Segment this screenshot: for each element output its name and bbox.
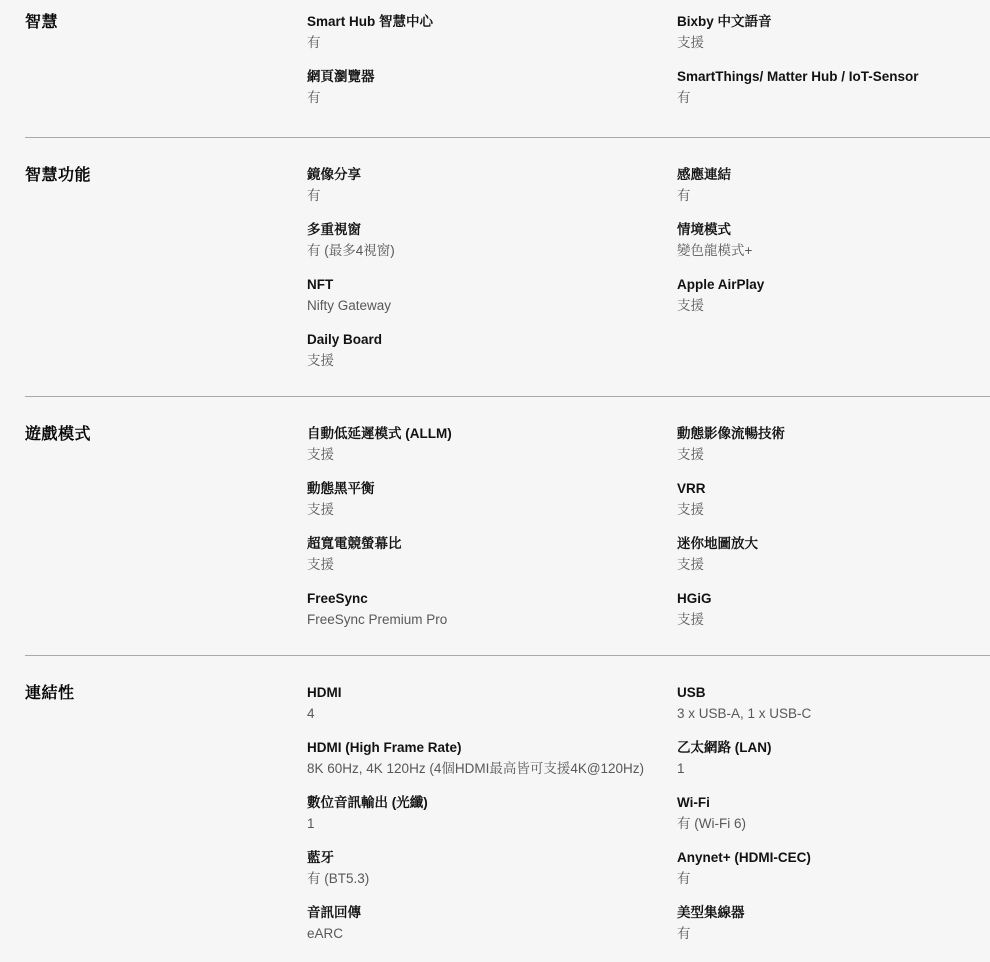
section-title: 智慧功能 (25, 166, 307, 185)
spec-item: 動態黑平衡支援 (307, 480, 677, 519)
spec-col2: USB3 x USB-A, 1 x USB-C乙太網路 (LAN)1Wi-Fi有… (677, 684, 990, 943)
spec-item-label: VRR (677, 480, 990, 498)
spec-item-value: 3 x USB-A, 1 x USB-C (677, 705, 990, 723)
spec-item-value: 支援 (677, 501, 990, 519)
spec-item-label: 自動低延遲模式 (ALLM) (307, 425, 677, 443)
spec-item: HDMI (High Frame Rate)8K 60Hz, 4K 120Hz … (307, 739, 677, 778)
spec-item-value: FreeSync Premium Pro (307, 611, 677, 629)
spec-col1: 鏡像分享有多重視窗有 (最多4視窗)NFTNifty GatewayDaily … (307, 166, 677, 370)
spec-item-label: Wi-Fi (677, 794, 990, 812)
spec-item: 迷你地圖放大支援 (677, 535, 990, 574)
spec-item: 超寬電競螢幕比支援 (307, 535, 677, 574)
spec-item-label: 動態黑平衡 (307, 480, 677, 498)
spec-item: 數位音訊輸出 (光纖)1 (307, 794, 677, 833)
spec-item: 自動低延遲模式 (ALLM)支援 (307, 425, 677, 464)
spec-item-value: 有 (最多4視窗) (307, 242, 677, 260)
section-title: 連結性 (25, 684, 307, 703)
spec-section-1: 智慧功能鏡像分享有多重視窗有 (最多4視窗)NFTNifty GatewayDa… (25, 138, 990, 397)
spec-item-label: HDMI (High Frame Rate) (307, 739, 677, 757)
spec-item: VRR支援 (677, 480, 990, 519)
spec-section-0: 智慧Smart Hub 智慧中心有網頁瀏覽器有Bixby 中文語音支援Smart… (25, 0, 990, 138)
spec-item-label: 網頁瀏覽器 (307, 68, 677, 86)
spec-item-value: 支援 (307, 556, 677, 574)
spec-col2: Bixby 中文語音支援SmartThings/ Matter Hub / Io… (677, 13, 990, 107)
section-title: 智慧 (25, 13, 307, 32)
spec-item-label: NFT (307, 276, 677, 294)
spec-columns: HDMI4HDMI (High Frame Rate)8K 60Hz, 4K 1… (307, 684, 990, 943)
spec-item-value: 有 (677, 187, 990, 205)
spec-item: FreeSyncFreeSync Premium Pro (307, 590, 677, 629)
spec-item-label: Smart Hub 智慧中心 (307, 13, 677, 31)
spec-item-label: Apple AirPlay (677, 276, 990, 294)
spec-columns: Smart Hub 智慧中心有網頁瀏覽器有Bixby 中文語音支援SmartTh… (307, 13, 990, 107)
spec-item: HGiG支援 (677, 590, 990, 629)
spec-col2: 感應連結有情境模式變色龍模式+Apple AirPlay支援 (677, 166, 990, 315)
spec-item-value: 支援 (677, 446, 990, 464)
spec-item-label: 音訊回傳 (307, 904, 677, 922)
spec-item-value: 有 (307, 89, 677, 107)
spec-item-value: 有 (Wi-Fi 6) (677, 815, 990, 833)
spec-item-label: 美型集線器 (677, 904, 990, 922)
spec-item: Apple AirPlay支援 (677, 276, 990, 315)
spec-item-value: 支援 (677, 297, 990, 315)
spec-item: 音訊回傳eARC (307, 904, 677, 943)
spec-item-label: 情境模式 (677, 221, 990, 239)
spec-item-value: 有 (BT5.3) (307, 870, 677, 888)
spec-item-value: 有 (677, 870, 990, 888)
spec-col1: Smart Hub 智慧中心有網頁瀏覽器有 (307, 13, 677, 107)
spec-item-value: 支援 (677, 556, 990, 574)
spec-item-value: 8K 60Hz, 4K 120Hz (4個HDMI最高皆可支援4K@120Hz) (307, 760, 677, 778)
spec-item: Bixby 中文語音支援 (677, 13, 990, 52)
spec-item: 動態影像流暢技術支援 (677, 425, 990, 464)
spec-item-value: Nifty Gateway (307, 297, 677, 315)
spec-item: 網頁瀏覽器有 (307, 68, 677, 107)
spec-item-value: 4 (307, 705, 677, 723)
spec-item-label: 藍牙 (307, 849, 677, 867)
spec-item-label: SmartThings/ Matter Hub / IoT-Sensor (677, 68, 990, 86)
spec-item-label: Bixby 中文語音 (677, 13, 990, 31)
spec-item-label: 乙太網路 (LAN) (677, 739, 990, 757)
spec-item-label: HGiG (677, 590, 990, 608)
spec-item-value: 有 (307, 187, 677, 205)
spec-item-value: 支援 (677, 34, 990, 52)
spec-item-label: 數位音訊輸出 (光纖) (307, 794, 677, 812)
spec-item-label: Anynet+ (HDMI-CEC) (677, 849, 990, 867)
spec-item: 藍牙有 (BT5.3) (307, 849, 677, 888)
spec-item-value: 1 (677, 760, 990, 778)
spec-item-value: 支援 (307, 446, 677, 464)
spec-item: Smart Hub 智慧中心有 (307, 13, 677, 52)
spec-item: NFTNifty Gateway (307, 276, 677, 315)
spec-item-value: 支援 (677, 611, 990, 629)
spec-item-value: 支援 (307, 352, 677, 370)
spec-item-label: 動態影像流暢技術 (677, 425, 990, 443)
spec-item-value: eARC (307, 925, 677, 943)
spec-item-label: 多重視窗 (307, 221, 677, 239)
spec-item-label: HDMI (307, 684, 677, 702)
spec-item: 情境模式變色龍模式+ (677, 221, 990, 260)
spec-item-label: 超寬電競螢幕比 (307, 535, 677, 553)
spec-item-value: 變色龍模式+ (677, 242, 990, 260)
spec-columns: 自動低延遲模式 (ALLM)支援動態黑平衡支援超寬電競螢幕比支援FreeSync… (307, 425, 990, 629)
spec-item: 美型集線器有 (677, 904, 990, 943)
spec-item: HDMI4 (307, 684, 677, 723)
spec-item-label: Daily Board (307, 331, 677, 349)
spec-item-value: 有 (677, 925, 990, 943)
spec-item-label: 鏡像分享 (307, 166, 677, 184)
spec-item: SmartThings/ Matter Hub / IoT-Sensor有 (677, 68, 990, 107)
spec-item-label: 感應連結 (677, 166, 990, 184)
spec-section-3: 連結性HDMI4HDMI (High Frame Rate)8K 60Hz, 4… (25, 656, 990, 962)
spec-item-value: 1 (307, 815, 677, 833)
spec-item: USB3 x USB-A, 1 x USB-C (677, 684, 990, 723)
spec-item: 感應連結有 (677, 166, 990, 205)
spec-item-label: FreeSync (307, 590, 677, 608)
spec-col2: 動態影像流暢技術支援VRR支援迷你地圖放大支援HGiG支援 (677, 425, 990, 629)
spec-columns: 鏡像分享有多重視窗有 (最多4視窗)NFTNifty GatewayDaily … (307, 166, 990, 370)
spec-item: 鏡像分享有 (307, 166, 677, 205)
spec-col1: HDMI4HDMI (High Frame Rate)8K 60Hz, 4K 1… (307, 684, 677, 943)
spec-page: 智慧Smart Hub 智慧中心有網頁瀏覽器有Bixby 中文語音支援Smart… (0, 0, 990, 962)
spec-item-value: 支援 (307, 501, 677, 519)
spec-section-2: 遊戲模式自動低延遲模式 (ALLM)支援動態黑平衡支援超寬電競螢幕比支援Free… (25, 397, 990, 656)
spec-item-value: 有 (677, 89, 990, 107)
spec-item: Daily Board支援 (307, 331, 677, 370)
spec-item: Wi-Fi有 (Wi-Fi 6) (677, 794, 990, 833)
section-title: 遊戲模式 (25, 425, 307, 444)
spec-item-label: USB (677, 684, 990, 702)
spec-item: Anynet+ (HDMI-CEC)有 (677, 849, 990, 888)
spec-item: 乙太網路 (LAN)1 (677, 739, 990, 778)
spec-item-label: 迷你地圖放大 (677, 535, 990, 553)
spec-col1: 自動低延遲模式 (ALLM)支援動態黑平衡支援超寬電競螢幕比支援FreeSync… (307, 425, 677, 629)
spec-item: 多重視窗有 (最多4視窗) (307, 221, 677, 260)
spec-item-value: 有 (307, 34, 677, 52)
